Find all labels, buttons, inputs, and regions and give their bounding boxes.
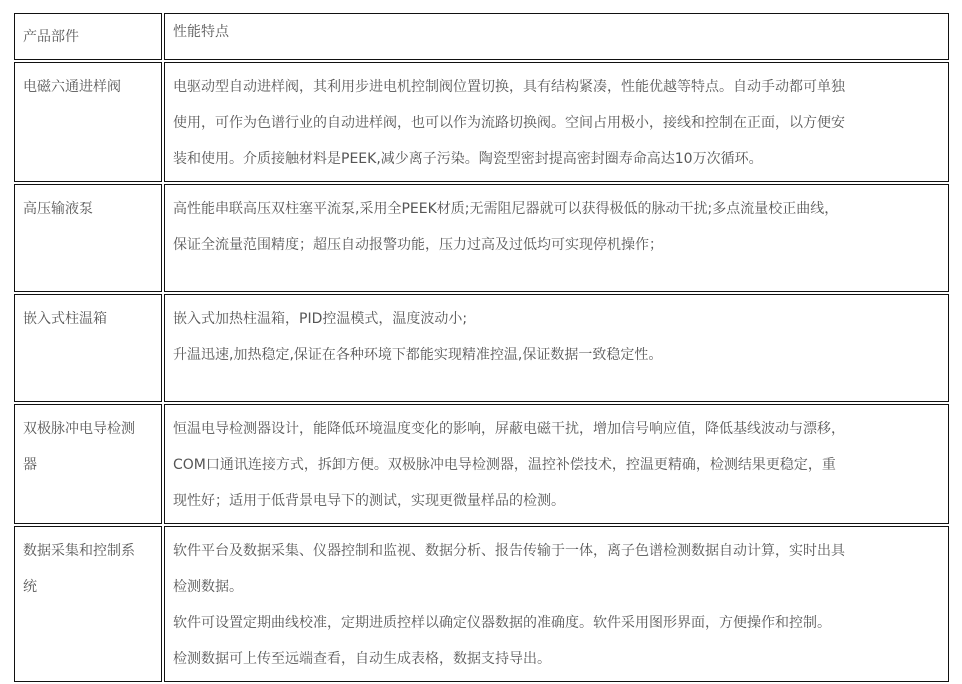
feature-line: 保证全流量范围精度；超压自动报警功能，压力过高及过低均可实现停机操作； [173, 227, 940, 263]
feature-line: 使用，可作为色谱行业的自动进样阀，也可以作为流路切换阀。空间占用极小，接线和控制… [173, 105, 940, 141]
part-cell: 高压输液泵 [14, 184, 162, 292]
features-cell: 恒温电导检测器设计，能降低环境温度变化的影响，屏蔽电磁干扰，增加信号响应值，降低… [164, 404, 949, 524]
features-cell: 嵌入式加热柱温箱，PID控温模式，温度波动小; 升温迅速,加热稳定,保证在各种环… [164, 294, 949, 402]
feature-line: 嵌入式加热柱温箱，PID控温模式，温度波动小; [173, 301, 940, 337]
table-row: 嵌入式柱温箱 嵌入式加热柱温箱，PID控温模式，温度波动小; 升温迅速,加热稳定… [14, 294, 949, 402]
header-cell-part: 产品部件 [14, 13, 162, 60]
header-cell-features: 性能特点 [164, 13, 949, 60]
part-name: 统 [23, 569, 153, 605]
features-cell: 软件平台及数据采集、仪器控制和监视、数据分析、报告传输于一体，离子色谱检测数据自… [164, 526, 949, 653]
feature-line: 软件可设置定期曲线校准，定期进质控样以确定仪器数据的准确度。软件采用图形界面，方… [173, 605, 940, 641]
feature-line: 软件平台及数据采集、仪器控制和监视、数据分析、报告传输于一体，离子色谱检测数据自… [173, 533, 940, 569]
feature-line: 检测数据。 [173, 569, 940, 605]
feature-line: COM口通讯连接方式，拆卸方便。双极脉冲电导检测器，温控补偿技术，控温更精确，检… [173, 447, 940, 483]
part-name: 电磁六通进样阀 [23, 69, 153, 105]
header-part-label: 产品部件 [23, 19, 153, 55]
features-cell: 电驱动型自动进样阀，其利用步进电机控制阀位置切换，具有结构紧凑，性能优越等特点。… [164, 62, 949, 182]
part-cell: 双极脉冲电导检测 器 [14, 404, 162, 524]
feature-line: 检测数据可上传至远端查看，自动生成表格，数据支持导出。 [173, 641, 940, 653]
part-name: 器 [23, 447, 153, 483]
table-row: 数据采集和控制系 统 软件平台及数据采集、仪器控制和监视、数据分析、报告传输于一… [14, 526, 949, 653]
feature-line: 装和使用。介质接触材料是PEEK,减少离子污染。陶瓷型密封提高密封圈寿命高达10… [173, 141, 940, 177]
feature-line: 电驱动型自动进样阀，其利用步进电机控制阀位置切换，具有结构紧凑，性能优越等特点。… [173, 69, 940, 105]
feature-line: 现性好；适用于低背景电导下的测试，实现更微量样品的检测。 [173, 483, 940, 519]
table-row: 电磁六通进样阀 电驱动型自动进样阀，其利用步进电机控制阀位置切换，具有结构紧凑，… [14, 62, 949, 182]
part-cell: 数据采集和控制系 统 [14, 526, 162, 653]
part-name: 嵌入式柱温箱 [23, 301, 153, 337]
part-name: 双极脉冲电导检测 [23, 411, 153, 447]
table-header-row: 产品部件 性能特点 [14, 13, 949, 60]
feature-line: 恒温电导检测器设计，能降低环境温度变化的影响，屏蔽电磁干扰，增加信号响应值，降低… [173, 411, 940, 447]
product-spec-table: 产品部件 性能特点 电磁六通进样阀 电驱动型自动进样阀，其利用步进电机控制阀位置… [12, 11, 951, 653]
features-cell: 高性能串联高压双柱塞平流泵,采用全PEEK材质;无需阻尼器就可以获得极低的脉动干… [164, 184, 949, 292]
header-features-label: 性能特点 [173, 19, 940, 45]
table-row: 高压输液泵 高性能串联高压双柱塞平流泵,采用全PEEK材质;无需阻尼器就可以获得… [14, 184, 949, 292]
table-row: 双极脉冲电导检测 器 恒温电导检测器设计，能降低环境温度变化的影响，屏蔽电磁干扰… [14, 404, 949, 524]
part-name: 高压输液泵 [23, 191, 153, 227]
part-cell: 嵌入式柱温箱 [14, 294, 162, 402]
feature-line: 升温迅速,加热稳定,保证在各种环境下都能实现精准控温,保证数据一致稳定性。 [173, 337, 940, 373]
part-cell: 电磁六通进样阀 [14, 62, 162, 182]
feature-line: 高性能串联高压双柱塞平流泵,采用全PEEK材质;无需阻尼器就可以获得极低的脉动干… [173, 191, 940, 227]
part-name: 数据采集和控制系 [23, 533, 153, 569]
